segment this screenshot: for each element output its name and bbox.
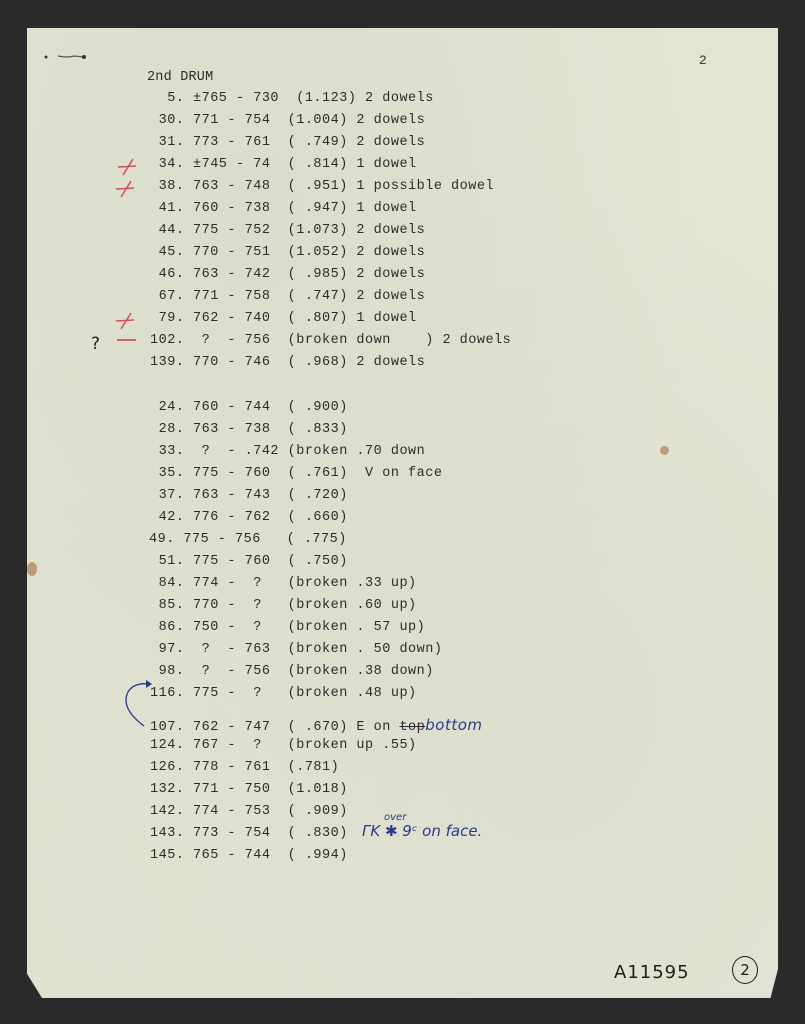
drum-entry: 44. 775 - 752 (1.073) 2 dowels: [150, 223, 425, 238]
drum-entry: 67. 771 - 758 ( .747) 2 dowels: [150, 289, 425, 304]
section-heading: 2nd DRUM: [147, 70, 213, 85]
stain: [27, 562, 37, 576]
arrow-annotation-icon: [118, 678, 158, 730]
drum-entry: 34. ±745 - 74 ( .814) 1 dowel: [150, 157, 417, 172]
drum-entry: 38. 763 - 748 ( .951) 1 possible dowel: [150, 179, 494, 194]
accession-number: A11595: [614, 962, 690, 983]
drum-entry: 28. 763 - 738 ( .833): [150, 422, 348, 437]
drum-entry: 51. 775 - 760 ( .750): [150, 554, 348, 569]
handwritten-correction: bottom: [425, 716, 482, 734]
drum-entry: 102. ? - 756 (broken down ) 2 dowels: [150, 333, 511, 348]
drum-entry: 97. ? - 763 (broken . 50 down): [150, 642, 442, 657]
pin-mark-icon: [44, 52, 94, 62]
drum-entry: 31. 773 - 761 ( .749) 2 dowels: [150, 135, 425, 150]
drum-entry: 5. ±765 - 730 (1.123) 2 dowels: [150, 91, 434, 106]
question-mark-annotation: ?: [91, 334, 100, 354]
drum-entry: 45. 770 - 751 (1.052) 2 dowels: [150, 245, 425, 260]
drum-entry: 30. 771 - 754 (1.004) 2 dowels: [150, 113, 425, 128]
drum-entry: 124. 767 - ? (broken up .55): [150, 738, 417, 753]
drum-entry: 33. ? - .742 (broken .70 down: [150, 444, 425, 459]
drum-entry: 84. 774 - ? (broken .33 up): [150, 576, 417, 591]
drum-entry: 126. 778 - 761 (.781): [150, 760, 339, 775]
red-dash-icon: [116, 336, 138, 344]
drum-entry: 116. 775 - ? (broken .48 up): [150, 686, 417, 701]
drum-entry: 145. 765 - 744 ( .994): [150, 848, 348, 863]
drum-entry: 86. 750 - ? (broken . 57 up): [150, 620, 425, 635]
red-check-icon: [116, 157, 140, 177]
drum-entry: 79. 762 - 740 ( .807) 1 dowel: [150, 311, 417, 326]
drum-entry: 37. 763 - 743 ( .720): [150, 488, 348, 503]
handwritten-note: ΓK ✱ 9ᶜ on face.: [362, 822, 482, 840]
drum-entry: 132. 771 - 750 (1.018): [150, 782, 348, 797]
drum-entry: 46. 763 - 742 ( .985) 2 dowels: [150, 267, 425, 282]
drum-entry: 107. 762 - 747 ( .670) E on topbottom: [150, 716, 483, 735]
drum-entry: 42. 776 - 762 ( .660): [150, 510, 348, 525]
drum-entry: 35. 775 - 760 ( .761) V on face: [150, 466, 442, 481]
drum-entry: 41. 760 - 738 ( .947) 1 dowel: [150, 201, 417, 216]
red-check-icon: [114, 179, 138, 199]
drum-entry: 85. 770 - ? (broken .60 up): [150, 598, 417, 613]
page-number: 2: [699, 53, 707, 68]
drum-entry: 98. ? - 756 (broken .38 down): [150, 664, 434, 679]
circled-page-number: 2: [732, 956, 758, 984]
stain: [660, 446, 669, 455]
red-check-icon: [114, 311, 138, 331]
struck-word: top: [399, 720, 425, 735]
drum-entry: 24. 760 - 744 ( .900): [150, 400, 348, 415]
drum-entry: 139. 770 - 746 ( .968) 2 dowels: [150, 355, 425, 370]
drum-entry: 49. 775 - 756 ( .775): [149, 532, 347, 547]
drum-entry: 142. 774 - 753 ( .909): [150, 804, 348, 819]
drum-entry: 143. 773 - 754 ( .830): [150, 826, 348, 841]
